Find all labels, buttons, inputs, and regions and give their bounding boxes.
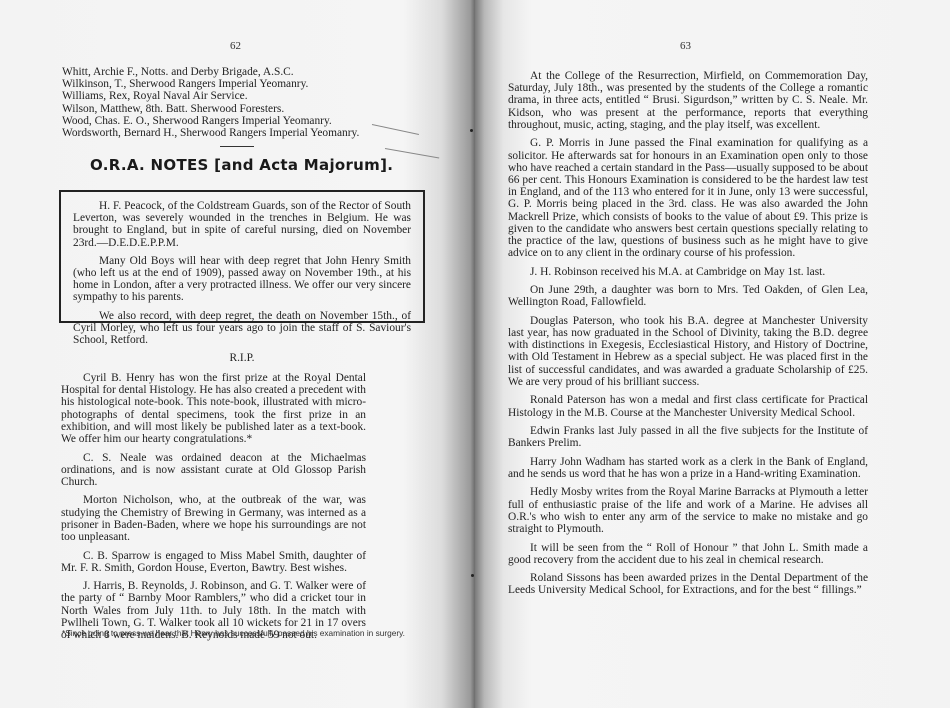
- note-paragraph: Douglas Paterson, who took his B.A. degr…: [508, 315, 868, 388]
- page-number: 62: [230, 40, 241, 52]
- section-divider: [220, 146, 254, 147]
- note-paragraph: C. S. Neale was ordained deacon at the M…: [61, 452, 366, 489]
- note-paragraph: Hedly Mosby writes from the Royal Marine…: [508, 486, 868, 535]
- page-number: 63: [680, 40, 691, 52]
- notes-column: At the College of the Resurrection, Mirf…: [508, 70, 868, 603]
- obituary-paragraph: We also record, with deep regret, the de…: [73, 310, 411, 347]
- note-paragraph: At the College of the Resurrection, Mirf…: [508, 70, 868, 131]
- note-paragraph: J. H. Robinson received his M.A. at Camb…: [508, 266, 868, 278]
- right-page: 63 At the College of the Resurrection, M…: [475, 0, 950, 708]
- obituary-paragraph: Many Old Boys will hear with deep regret…: [73, 255, 411, 304]
- note-paragraph: On June 29th, a daughter was born to Mrs…: [508, 284, 868, 308]
- binding-staple: [470, 129, 473, 132]
- note-paragraph: Ronald Paterson has won a medal and firs…: [508, 394, 868, 418]
- list-item: Wilson, Matthew, 8th. Batt. Sherwood For…: [62, 103, 402, 115]
- roll-of-honour-list: Whitt, Archie F., Notts. and Derby Briga…: [62, 66, 402, 139]
- left-page: 62 Whitt, Archie F., Notts. and Derby Br…: [0, 0, 475, 708]
- binding-staple: [471, 574, 474, 577]
- note-paragraph: Harry John Wadham has started work as a …: [508, 456, 868, 480]
- list-item: Whitt, Archie F., Notts. and Derby Briga…: [62, 66, 402, 78]
- section-heading: O.R.A. NOTES [and Acta Majorum].: [90, 156, 390, 174]
- pencil-mark: [385, 148, 439, 159]
- notes-column: Cyril B. Henry has won the first prize a…: [61, 372, 366, 648]
- list-item: Wilkinson, T., Sherwood Rangers Imperial…: [62, 78, 402, 90]
- note-paragraph: It will be seen from the “ Roll of Honou…: [508, 542, 868, 566]
- note-paragraph: G. P. Morris in June passed the Final ex…: [508, 137, 868, 259]
- note-paragraph: Morton Nicholson, who, at the outbreak o…: [61, 494, 366, 543]
- note-paragraph: Edwin Franks last July passed in all the…: [508, 425, 868, 449]
- list-item: Wordsworth, Bernard H., Sherwood Rangers…: [62, 127, 402, 139]
- list-item: Wood, Chas. E. O., Sherwood Rangers Impe…: [62, 115, 402, 127]
- obituary-box: H. F. Peacock, of the Coldstream Guards,…: [59, 190, 425, 323]
- footnote: *Since going to press we hear that Henry…: [62, 628, 422, 638]
- list-item: Williams, Rex, Royal Naval Air Service.: [62, 90, 402, 102]
- note-paragraph: Roland Sissons has been awarded prizes i…: [508, 572, 868, 596]
- obituary-paragraph: H. F. Peacock, of the Coldstream Guards,…: [73, 200, 411, 249]
- rip-closing: R.I.P.: [73, 352, 411, 364]
- note-paragraph: C. B. Sparrow is engaged to Miss Mabel S…: [61, 550, 366, 574]
- note-paragraph: Cyril B. Henry has won the first prize a…: [61, 372, 366, 445]
